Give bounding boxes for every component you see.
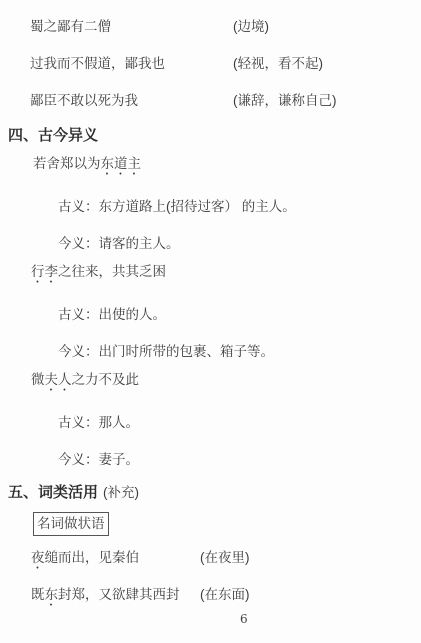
sentence-emphasized: 行李 [31, 264, 58, 279]
sentence-pre: 既 [31, 587, 45, 602]
phrase-note: (边境) [233, 19, 269, 36]
phrase-note: (在东面) [200, 587, 250, 604]
modern-meaning: 今义：妻子。 [58, 452, 139, 469]
example-sentence: 微夫人之力不及此 [31, 372, 139, 394]
sentence-post: 封郑，又欲肆其西封 [58, 587, 180, 602]
sentence-emphasized: 东道主 [101, 156, 142, 171]
sentence-post: 之往来，共其乏困 [58, 264, 166, 279]
section-suffix: (补充) [103, 485, 139, 500]
ancient-meaning: 古义：那人。 [58, 415, 139, 432]
sentence-emphasized: 东 [45, 587, 59, 602]
example-sentence: 若舍郑以为东道主 [33, 156, 141, 178]
sentence-pre: 若舍郑以为 [33, 156, 101, 171]
ancient-meaning: 古义：出使的人。 [58, 307, 166, 324]
phrase-text: 蜀之鄙有二僧 [30, 19, 111, 36]
example-sentence: 夜缒而出，见秦伯 [31, 550, 139, 572]
sentence-emphasized: 夫人 [45, 372, 72, 387]
sentence-emphasized: 夜 [31, 550, 45, 565]
sentence-pre: 微 [31, 372, 45, 387]
document-page: 蜀之鄙有二僧 (边境) 过我而不假道，鄙我也 (轻视，看不起) 鄙臣不敢以死为我… [0, 0, 421, 643]
example-sentence: 行李之往来，共其乏困 [31, 264, 166, 286]
modern-meaning: 今义：出门时所带的包裹、箱子等。 [58, 344, 274, 361]
phrase-text: 过我而不假道，鄙我也 [30, 56, 165, 73]
category-label-noun-as-adverbial: 名词做状语 [33, 512, 109, 536]
phrase-note: (在夜里) [200, 550, 250, 567]
section-title: 古今异义 [38, 127, 98, 144]
category-label-container: 名词做状语 [33, 512, 109, 536]
sentence-post: 缒而出，见秦伯 [45, 550, 140, 565]
section-heading-word-class-usage: 五、词类活用(补充) [8, 484, 139, 503]
ancient-meaning: 古义：东方道路上(招待过客） 的主人。 [58, 199, 296, 216]
section-number: 四、 [8, 127, 38, 144]
phrase-note: (轻视，看不起) [233, 56, 323, 73]
page-number: 6 [240, 612, 248, 627]
section-title: 词类活用 [38, 484, 98, 501]
example-sentence: 既东封郑，又欲肆其西封 [31, 587, 180, 609]
modern-meaning: 今义：请客的主人。 [58, 236, 180, 253]
phrase-note: (谦辞，谦称自己) [233, 93, 337, 110]
section-heading-ancient-modern-meanings: 四、古今异义 [8, 127, 98, 146]
section-number: 五、 [8, 484, 38, 501]
phrase-text: 鄙臣不敢以死为我 [30, 93, 138, 110]
sentence-post: 之力不及此 [72, 372, 140, 387]
